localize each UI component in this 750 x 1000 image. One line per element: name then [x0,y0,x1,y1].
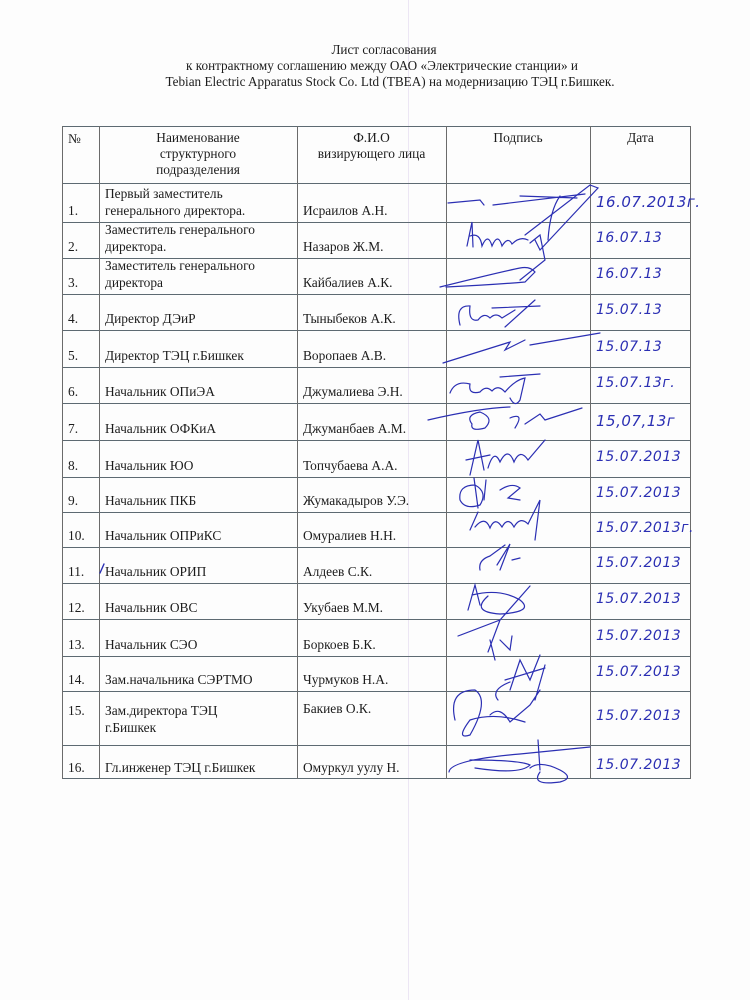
table-row-divider [62,477,691,478]
row-number: 13. [62,637,99,653]
row-unit: Начальник ЮО [99,458,297,474]
row-date: 15.07.2013 [596,708,681,724]
row-number: 14. [62,672,99,688]
header-unit: структурного [99,146,297,162]
row-number: 15. [62,703,99,719]
row-unit: Начальник ОПиЭА [99,384,297,400]
table-row-divider [62,619,691,620]
approval-table: №НаименованиеструктурногоподразделенияФ.… [62,126,691,779]
row-date: 15,07,13г [596,412,675,430]
row-name: Бакиев О.К. [297,701,446,717]
row-unit: Начальник ОВС [99,600,297,616]
row-unit: Начальник СЭО [99,637,297,653]
row-name: Назаров Ж.М. [297,239,446,255]
row-name: Кайбалиев А.К. [297,275,446,291]
row-date: 15.07.2013г. [596,520,694,536]
row-unit: Зам.директора ТЭЦ [99,703,297,719]
row-name: Тыныбеков А.К. [297,311,446,327]
table-column-divider [446,126,447,779]
row-number: 1. [62,203,99,219]
row-number: 7. [62,421,99,437]
table-row-divider [62,512,691,513]
row-number: 2. [62,239,99,255]
row-name: Омуркул уулу Н. [297,760,446,776]
row-number: 3. [62,275,99,291]
row-date: 15.07.13 [596,339,662,355]
document-header: Лист согласования к контрактному соглаше… [0,42,750,90]
document-subtitle-line1: к контрактному соглашению между ОАО «Эле… [0,58,750,74]
row-name: Алдеев С.К. [297,564,446,580]
row-number: 12. [62,600,99,616]
document-title: Лист согласования [0,42,750,58]
row-name: Боркоев Б.К. [297,637,446,653]
row-name: Джумалиева Э.Н. [297,384,446,400]
row-name: Укубаев М.М. [297,600,446,616]
row-number: 16. [62,760,99,776]
row-date: 16.07.13 [596,230,662,246]
row-name: Чурмуков Н.А. [297,672,446,688]
table-row-divider [62,126,691,127]
table-column-divider [690,126,691,779]
header-unit: подразделения [99,162,297,178]
row-unit: Зам.начальника СЭРТМО [99,672,297,688]
table-row-divider [62,367,691,368]
header-unit: Наименование [99,130,297,146]
header-date: Дата [590,130,691,146]
row-unit: Директор ДЭиР [99,311,297,327]
row-name: Исраилов А.Н. [297,203,446,219]
table-row-divider [62,440,691,441]
row-date: 15.07.13г. [596,375,675,391]
row-unit: директора [99,275,297,291]
row-unit: Директор ТЭЦ г.Бишкек [99,348,297,364]
table-row-divider [62,691,691,692]
row-date: 15.07.2013 [596,591,681,607]
header-signature: Подпись [446,130,590,146]
table-row-divider [62,330,691,331]
row-unit: Начальник ОРИП [99,564,297,580]
row-unit: Первый заместитель [99,186,297,202]
row-number: 9. [62,493,99,509]
row-unit: генерального директора. [99,203,297,219]
table-row-divider [62,778,691,779]
row-number: 4. [62,311,99,327]
document-subtitle-line2: Tebian Electric Apparatus Stock Co. Ltd … [0,74,750,90]
row-unit: Заместитель генерального [99,258,297,274]
row-name: Воропаев А.В. [297,348,446,364]
row-unit: Заместитель генерального [99,222,297,238]
table-row-divider [62,183,691,184]
row-number: 6. [62,384,99,400]
row-date: 16.07.2013г. [596,193,701,211]
header-number: № [62,131,99,147]
table-row-divider [62,745,691,746]
row-unit: Начальник ПКБ [99,493,297,509]
row-date: 15.07.2013 [596,485,681,501]
row-date: 15.07.13 [596,302,662,318]
row-name: Жумакадыров У.Э. [297,493,446,509]
table-column-divider [590,126,591,779]
table-row-divider [62,583,691,584]
row-date: 15.07.2013 [596,449,681,465]
table-row-divider [62,294,691,295]
table-row-divider [62,547,691,548]
row-number: 10. [62,528,99,544]
row-unit: Гл.инженер ТЭЦ г.Бишкек [99,760,297,776]
row-date: 15.07.2013 [596,757,681,773]
row-number: 5. [62,348,99,364]
row-date: 16.07.13 [596,266,662,282]
row-name: Омуралиев Н.Н. [297,528,446,544]
row-date: 15.07.2013 [596,628,681,644]
row-number: 11. [62,564,99,580]
row-unit: Начальник ОФКиА [99,421,297,437]
row-unit: г.Бишкек [99,720,297,736]
row-name: Джуманбаев А.М. [297,421,446,437]
row-number: 8. [62,458,99,474]
table-row-divider [62,403,691,404]
row-date: 15.07.2013 [596,555,681,571]
table-row-divider [62,656,691,657]
row-date: 15.07.2013 [596,664,681,680]
row-unit: Начальник ОПРиКС [99,528,297,544]
row-name: Топчубаева А.А. [297,458,446,474]
row-unit: директора. [99,239,297,255]
header-name: Ф.И.О [297,130,446,146]
header-name: визирующего лица [297,146,446,162]
